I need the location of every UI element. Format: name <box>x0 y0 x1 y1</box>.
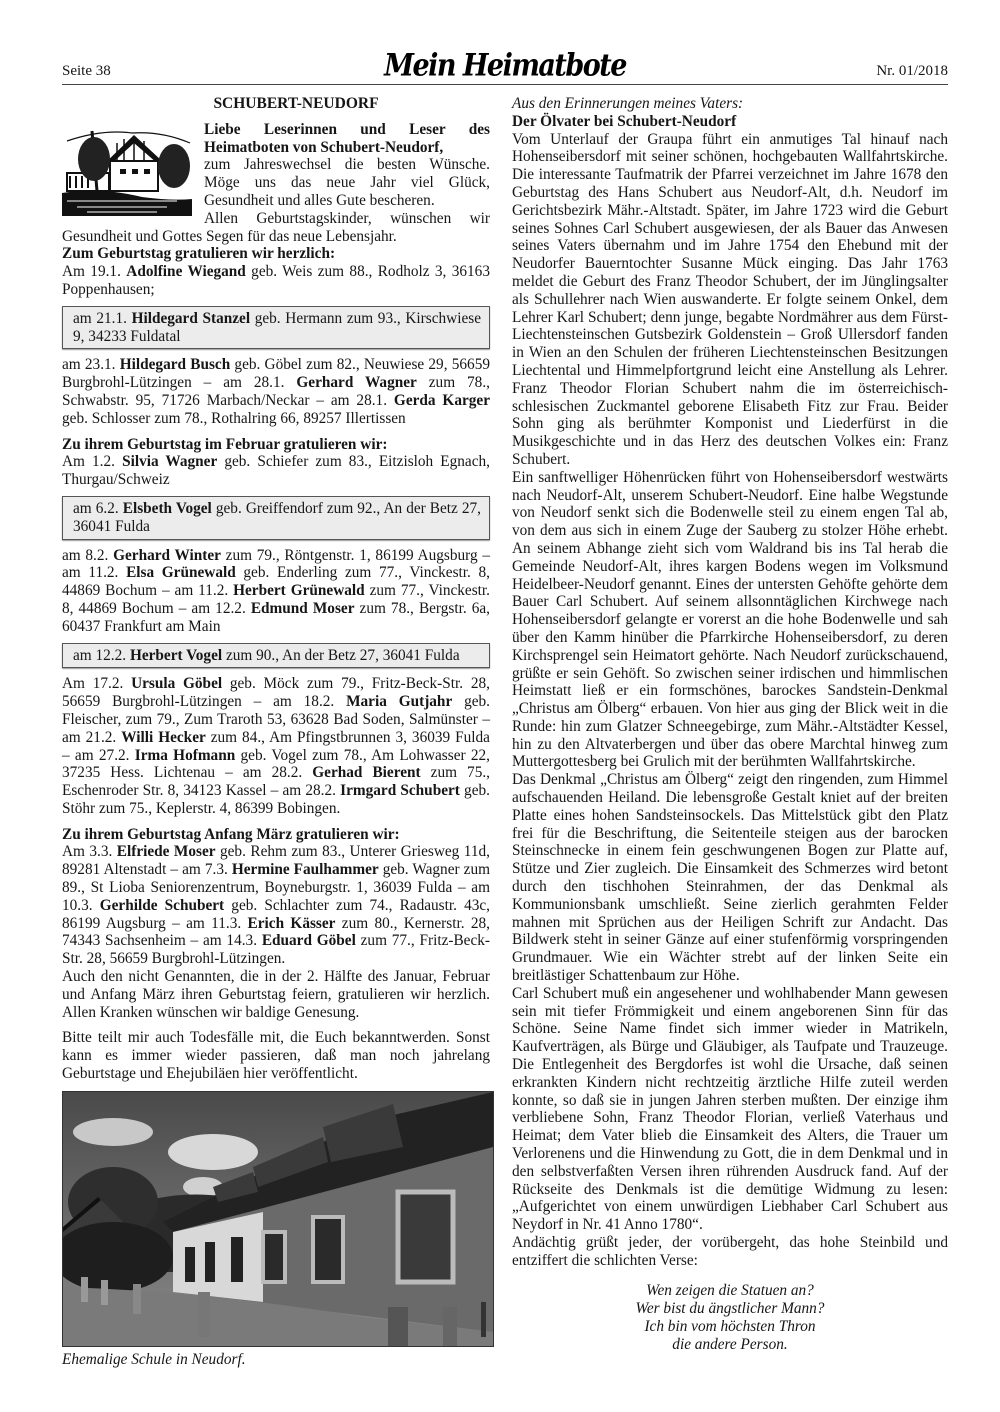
issue-number: Nr. 01/2018 <box>876 63 948 80</box>
highlight-box: am 6.2. Elsbeth Vogel geb. Greiffendorf … <box>62 496 490 540</box>
left-column: SCHUBERT-NEUDORF Liebe Leserinnen und Le… <box>62 95 490 1369</box>
page-number: Seite 38 <box>62 63 111 80</box>
article-paragraph: Ein sanftwelliger Höhenrücken führt von … <box>512 469 948 772</box>
highlight-box: am 12.2. Herbert Vogel zum 90., An der B… <box>62 643 490 669</box>
closing-text: Auch den nicht Genannten, die in der 2. … <box>62 968 490 1021</box>
birthday-entry: Am 19.1. Adolfine Wiegand geb. Weis zum … <box>62 263 490 299</box>
photo-caption: Ehemalige Schule in Neudorf. <box>62 1351 490 1369</box>
article-paragraph: Andächtig grüßt jeder, der vorübergeht, … <box>512 1234 948 1270</box>
article-paragraph: Carl Schubert muß ein angesehener und wo… <box>512 985 948 1234</box>
poem-verses: Wen zeigen die Statuen an? Wer bist du ä… <box>512 1282 948 1354</box>
right-column: Aus den Erinnerungen meines Vaters: Der … <box>512 95 948 1354</box>
poem-line: die andere Person. <box>512 1336 948 1354</box>
poem-line: Wer bist du ängstlicher Mann? <box>512 1300 948 1318</box>
march-heading: Zu ihrem Geburtstag Anfang März gratulie… <box>62 826 490 844</box>
poem-line: Wen zeigen die Statuen an? <box>512 1282 948 1300</box>
masthead-logo: Mein Heimatbote <box>384 48 626 84</box>
greeting-block: Liebe Leserinnen und Leser des Heimatbot… <box>62 121 490 246</box>
highlight-box: am 21.1. Hildegard Stanzel geb. Hermann … <box>62 306 490 350</box>
birthday-entry: Am 3.3. Elfriede Moser geb. Rehm zum 83.… <box>62 843 490 968</box>
school-building-photo <box>62 1091 494 1347</box>
person-name: Hildegard Stanzel <box>132 310 251 327</box>
closing-request: Bitte teilt mir auch Todesfälle mit, die… <box>62 1029 490 1082</box>
birthday-entry: am 8.2. Gerhard Winter zum 79., Röntgens… <box>62 547 490 636</box>
poem-line: Ich bin vom höchsten Thron <box>512 1318 948 1336</box>
article-kicker: Aus den Erinnerungen meines Vaters: <box>512 95 948 113</box>
birthday-entry: am 23.1. Hildegard Busch geb. Göbel zum … <box>62 356 490 427</box>
section-title: SCHUBERT-NEUDORF <box>62 95 490 113</box>
article-paragraph: Vom Unterlauf der Graupa führt ein anmut… <box>512 131 948 469</box>
article-paragraph: Das Denkmal „Christus am Ölberg“ zeigt d… <box>512 771 948 985</box>
page-header: Seite 38 Mein Heimatbote Nr. 01/2018 <box>62 50 948 85</box>
article-headline: Der Ölvater bei Schubert-Neudorf <box>512 113 948 131</box>
birthday-entry: Am 17.2. Ursula Göbel geb. Möck zum 79.,… <box>62 675 490 817</box>
january-heading: Zum Geburtstag gratulieren wir herzlich: <box>62 245 490 263</box>
birthday-entry: Am 1.2. Silvia Wagner geb. Schiefer zum … <box>62 453 490 489</box>
february-heading: Zu ihrem Geburtstag im Februar gratulier… <box>62 436 490 454</box>
person-name: Adolfine Wiegand <box>126 263 246 280</box>
farmhouse-woodcut-icon <box>62 121 192 216</box>
